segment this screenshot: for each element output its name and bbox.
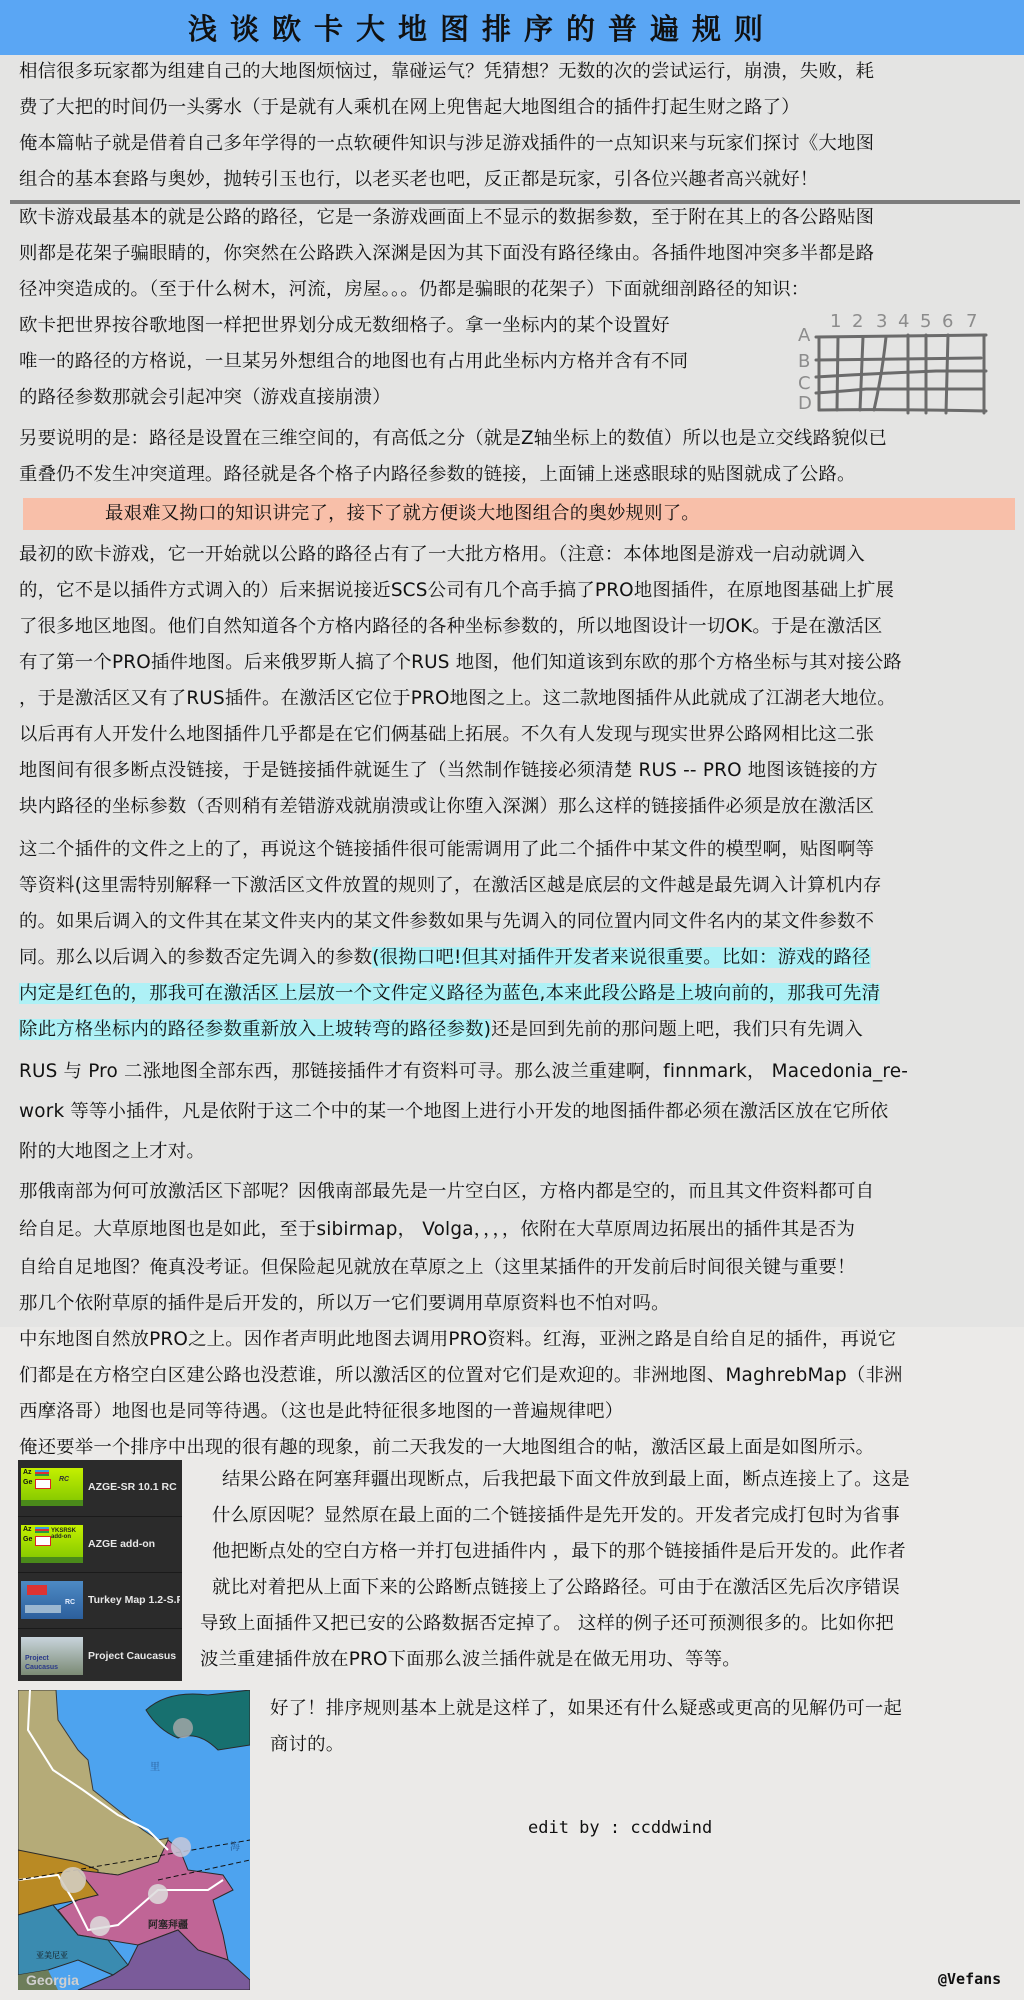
paragraph-line: 这二个插件的文件之上的了，再说这个链接插件很可能需调用了此二个插件中某文件的模型… — [19, 838, 874, 862]
paragraph-line: 们都是在方格空白区建公路也没惹谁，所以激活区的位置对它们是欢迎的。非洲地图、Ma… — [19, 1364, 903, 1388]
paragraph-line: 组合的基本套路与奥妙，抛转引玉也行，以老买老也吧，反正都是玩家，引各位兴趣者高兴… — [19, 168, 818, 192]
plugin-name: AZGE add-on — [88, 1538, 180, 1550]
plugin-item: Az Ge RC AZGE-SR 10.1 RC — [18, 1460, 182, 1514]
map-label-sea: 海 — [230, 1840, 240, 1853]
plugin-thumbnail: Project Caucasus — [21, 1637, 83, 1675]
paragraph-line: 那俄南部为何可放激活区下部呢？因俄南部最先是一片空白区，方格内都是空的，而且其文… — [19, 1180, 874, 1204]
title-bar: 浅谈欧卡大地图排序的普遍规则 — [0, 0, 1024, 55]
paragraph-line: 重叠仍不发生冲突道理。路径就是各个格子内路径参数的链接，上面铺上迷惑眼球的贴图就… — [19, 463, 856, 487]
grid-row-label: B — [798, 351, 810, 372]
paragraph-line: 结果公路在阿塞拜疆出现断点，后我把最下面文件放到最上面，断点连接上了。这是 — [222, 1468, 910, 1492]
paragraph-line: 块内路径的坐标参数（否则稍有差错游戏就崩溃或让你堕入深渊）那么这样的链接插件必须… — [19, 795, 874, 819]
map-screenshot: 阿塞拜疆 亚美尼亚 Georgia 里 海 — [18, 1690, 250, 1990]
grid-col-label: 2 — [852, 311, 863, 332]
paragraph-line: 费了大把的时间仍一头雾水（于是就有人乘机在网上兜售起大地图组合的插件打起生财之路… — [19, 96, 800, 120]
plugin-name: Project Caucasus — [88, 1650, 180, 1662]
paragraph-line: 给自足。大草原地图也是如此，至于sibirmap， Volga，，，，依附在大草… — [19, 1218, 855, 1242]
plugin-thumbnail: RC — [21, 1581, 83, 1619]
paragraph-line: 那几个依附草原的插件是后开发的，所以万一它们要调用草原资料也不怕对吗。 — [19, 1292, 670, 1316]
map-label-region: Georgia — [26, 1972, 79, 1988]
grid-col-label: 4 — [898, 311, 909, 332]
paragraph-line: 欧卡游戏最基本的就是公路的路径，它是一条游戏画面上不显示的数据参数，至于附在其上… — [19, 206, 874, 230]
author-signature: edit by : ccddwind — [528, 1818, 712, 1838]
plugin-thumbnail: Az Ge YKSRSK add-on — [21, 1525, 83, 1563]
grid-row-label: D — [798, 393, 812, 414]
watermark: @Vefans — [938, 1970, 1001, 1988]
paragraph-line: 除此方格坐标内的路径参数重新放入上坡转弯的路径参数)还是回到先前的那问题上吧，我… — [19, 1018, 863, 1042]
plain-text: 还是回到先前的那问题上吧，我们只有先调入 — [491, 1019, 863, 1040]
map-label-sea: 里 — [150, 1761, 160, 1773]
paragraph-line: 了很多地区地图。他们自然知道各个方格内路径的各种坐标参数的，所以地图设计一切OK… — [19, 615, 883, 639]
paragraph-line: 附的大地图之上才对。 — [19, 1140, 205, 1164]
paragraph-line: 的路径参数那就会引起冲突（游戏直接崩溃） — [19, 386, 391, 410]
map-label-country: 阿塞拜疆 — [148, 1918, 188, 1931]
paragraph-line: 导致上面插件又把已安的公路数据否定掉了。 这样的例子还可预测很多的。比如你把 — [200, 1612, 894, 1636]
plugin-name: AZGE-SR 10.1 RC — [88, 1481, 180, 1493]
paragraph-line: 同。那么以后调入的参数否定先调入的参数(很拗口吧!但其对插件开发者来说很重要。比… — [19, 946, 871, 970]
grid-col-label: 6 — [942, 311, 953, 332]
paragraph-line: 西摩洛哥）地图也是同等待遇。（这也是此特征很多地图的一普遍规律吧） — [19, 1400, 623, 1424]
paragraph-line: 相信很多玩家都为组建自己的大地图烦恼过，靠碰运气？凭猜想？无数的次的尝试运行，崩… — [19, 60, 874, 84]
paragraph-line: 另要说明的是：路径是设置在三维空间的，有高低之分（就是Z轴坐标上的数值）所以也是… — [19, 427, 887, 451]
plugin-item: Project Caucasus Project Caucasus — [18, 1628, 182, 1683]
paragraph-line: RUS 与 Pro 二涨地图全部东西，那链接插件才有资料可寻。那么波兰重建啊，f… — [19, 1060, 908, 1084]
highlighted-text: (很拗口吧!但其对插件开发者来说很重要。比如：游戏的路径 — [372, 947, 870, 968]
grid-col-label: 1 — [830, 311, 841, 332]
grid-sketch-image: A B C D 1 2 3 4 5 6 7 — [786, 305, 1006, 415]
paragraph-line: 就比对着把从上面下来的公路断点链接上了公路路径。可由于在激活区先后次序错误 — [212, 1576, 900, 1600]
paragraph-line: 最初的欧卡游戏，它一开始就以公路的路径占有了一大批方格用。（注意：本体地图是游戏… — [19, 543, 865, 567]
plugin-list-screenshot: Az Ge RC AZGE-SR 10.1 RC Az Ge YKSRSK ad… — [18, 1460, 182, 1681]
grid-col-label: 5 — [920, 311, 931, 332]
paragraph-line: 中东地图自然放PRO之上。因作者声明此地图去调用PRO资料。红海，亚洲之路是自给… — [19, 1328, 896, 1352]
paragraph-line: 他把断点处的空白方格一并打包进插件内 ，最下的那个链接插件是后开发的。此作者 — [212, 1540, 906, 1564]
plugin-item: Az Ge YKSRSK add-on AZGE add-on — [18, 1516, 182, 1571]
grid-row-label: C — [798, 373, 811, 394]
paragraph-line: work 等等小插件，凡是依附于这二个中的某一个地图上进行小开发的地图插件都必须… — [19, 1100, 888, 1124]
paragraph-line: 以后再有人开发什么地图插件几乎都是在它们俩基础上拓展。不久有人发现与现实世界公路… — [19, 723, 874, 747]
paragraph-line: 的。如果后调入的文件其在某文件夹内的某文件参数如果与先调入的同位置内同文件名内的… — [19, 910, 874, 934]
plugin-name: Turkey Map 1.2-S.RC — [88, 1594, 180, 1606]
paragraph-line: 什么原因呢？显然原在最上面的二个链接插件是先开发的。开发者完成打包时为省事 — [212, 1504, 900, 1528]
paragraph-line: 地图间有很多断点没链接，于是链接插件就诞生了（当然制作链接必须清楚 RUS --… — [19, 759, 878, 783]
paragraph-line: 有了第一个PRO插件地图。后来俄罗斯人搞了个RUS 地图，他们知道该到东欧的那个… — [19, 651, 902, 675]
paragraph-line: 则都是花架子骗眼睛的，你突然在公路跌入深渊是因为其下面没有路径缘由。各插件地图冲… — [19, 242, 874, 266]
paragraph-line: 内定是红色的，那我可在激活区上层放一个文件定义路径为蓝色,本来此段公路是上坡向前… — [19, 982, 880, 1006]
paragraph-line: 好了！排序规则基本上就是这样了，如果还有什么疑惑或更高的见解仍可一起 — [270, 1697, 902, 1721]
paragraph-line: 等资料(这里需特别解释一下激活区文件放置的规则了，在激活区越是底层的文件越是最先… — [19, 874, 882, 898]
grid-col-label: 7 — [966, 311, 977, 332]
grid-col-label: 3 — [876, 311, 887, 332]
paragraph-line: 俺本篇帖子就是借着自己多年学得的一点软硬件知识与涉足游戏插件的一点知识来与玩家们… — [19, 132, 874, 156]
paragraph-line: 径冲突造成的。（至于什么树木，河流，房屋。。。仍都是骗眼的花架子）下面就细剖路径… — [19, 278, 809, 302]
plugin-thumbnail: Az Ge RC — [21, 1468, 83, 1506]
highlighted-text: 内定是红色的，那我可在激活区上层放一个文件定义路径为蓝色,本来此段公路是上坡向前… — [19, 983, 880, 1004]
paragraph-line: ，于是激活区又有了RUS插件。在激活区它位于PRO地图之上。这二款地图插件从此就… — [19, 687, 896, 711]
page-title: 浅谈欧卡大地图排序的普遍规则 — [188, 7, 836, 48]
paragraph-line: 唯一的路径的方格说，一旦某另外想组合的地图也有占用此坐标内方格并含有不同 — [19, 350, 688, 374]
section-divider — [10, 200, 1020, 204]
paragraph-line: 欧卡把世界按谷歌地图一样把世界划分成无数细格子。拿一坐标内的某个设置好 — [19, 314, 670, 338]
map-label-neighbor: 亚美尼亚 — [36, 1950, 68, 1960]
plugin-item: RC Turkey Map 1.2-S.RC — [18, 1572, 182, 1627]
paragraph-line: 波兰重建插件放在PRO下面那么波兰插件就是在做无用功、等等。 — [200, 1648, 741, 1672]
paragraph-line: 商讨的。 — [270, 1733, 344, 1757]
paragraph-line: 自给自足地图？俺真没考证。但保险起见就放在草原之上（这里某插件的开发前后时间很关… — [19, 1256, 856, 1280]
plain-text: 同。那么以后调入的参数否定先调入的参数 — [19, 947, 372, 968]
paragraph-line: 的，它不是以插件方式调入的）后来据说接近SCS公司有几个高手搞了PRO地图插件，… — [19, 579, 894, 603]
grid-row-label: A — [798, 325, 811, 346]
banner-text: 最艰难又拗口的知识讲完了，接下了就方便谈大地图组合的奥妙规则了。 — [105, 502, 700, 526]
paragraph-line: 俺还要举一个排序中出现的很有趣的现象，前二天我发的一大地图组合的帖，激活区最上面… — [19, 1436, 874, 1460]
highlighted-text: 除此方格坐标内的路径参数重新放入上坡转弯的路径参数) — [19, 1019, 491, 1040]
